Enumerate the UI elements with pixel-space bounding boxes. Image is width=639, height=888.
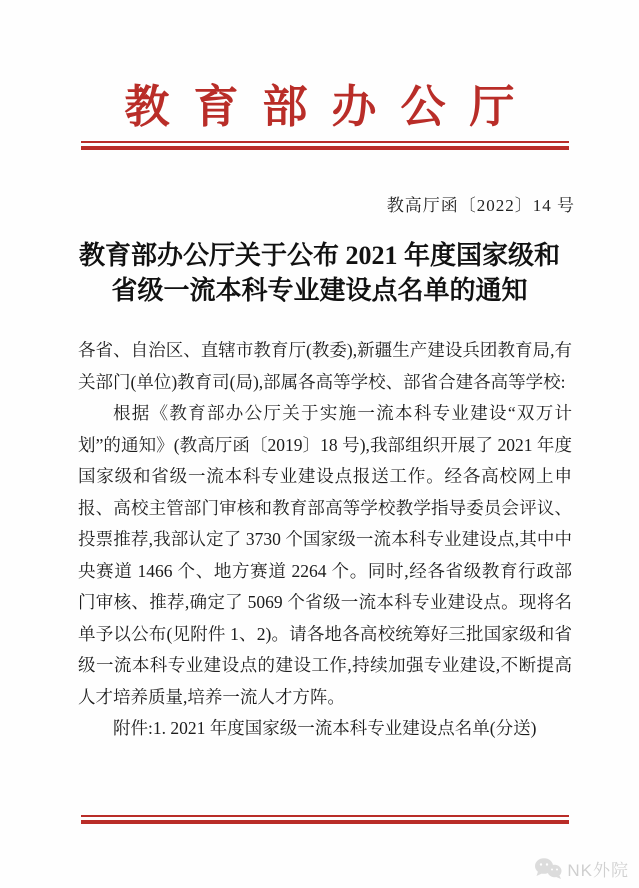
wechat-icon [534,857,562,880]
watermark-label: NK外院 [567,856,629,881]
footer-divider [81,815,569,824]
document-page: 教育部办公厅 教高厅函〔2022〕14 号 教育部办公厅关于公布 2021 年度… [0,0,639,888]
document-number: 教高厅函〔2022〕14 号 [387,191,575,216]
attachment-line: 附件:1. 2021 年度国家级一流本科专业建设点名单(分送) [78,713,572,745]
main-paragraph: 根据《教育部办公厅关于实施一流本科专业建设“双万计划”的通知》(教高厅函〔201… [78,398,572,713]
watermark: NK外院 [534,856,629,881]
document-title-line2: 省级一流本科专业建设点名单的通知 [111,276,527,305]
agency-name: 教育部办公厅 [0,70,639,135]
document-body: 各省、自治区、直辖市教育厅(教委),新疆生产建设兵团教育局,有关部门(单位)教育… [78,335,572,745]
document-title: 教育部办公厅关于公布 2021 年度国家级和 省级一流本科专业建设点名单的通知 [30,238,609,308]
salutation: 各省、自治区、直辖市教育厅(教委),新疆生产建设兵团教育局,有关部门(单位)教育… [78,335,572,398]
letterhead-divider [81,141,569,150]
document-title-line1: 教育部办公厅关于公布 2021 年度国家级和 [79,241,560,270]
